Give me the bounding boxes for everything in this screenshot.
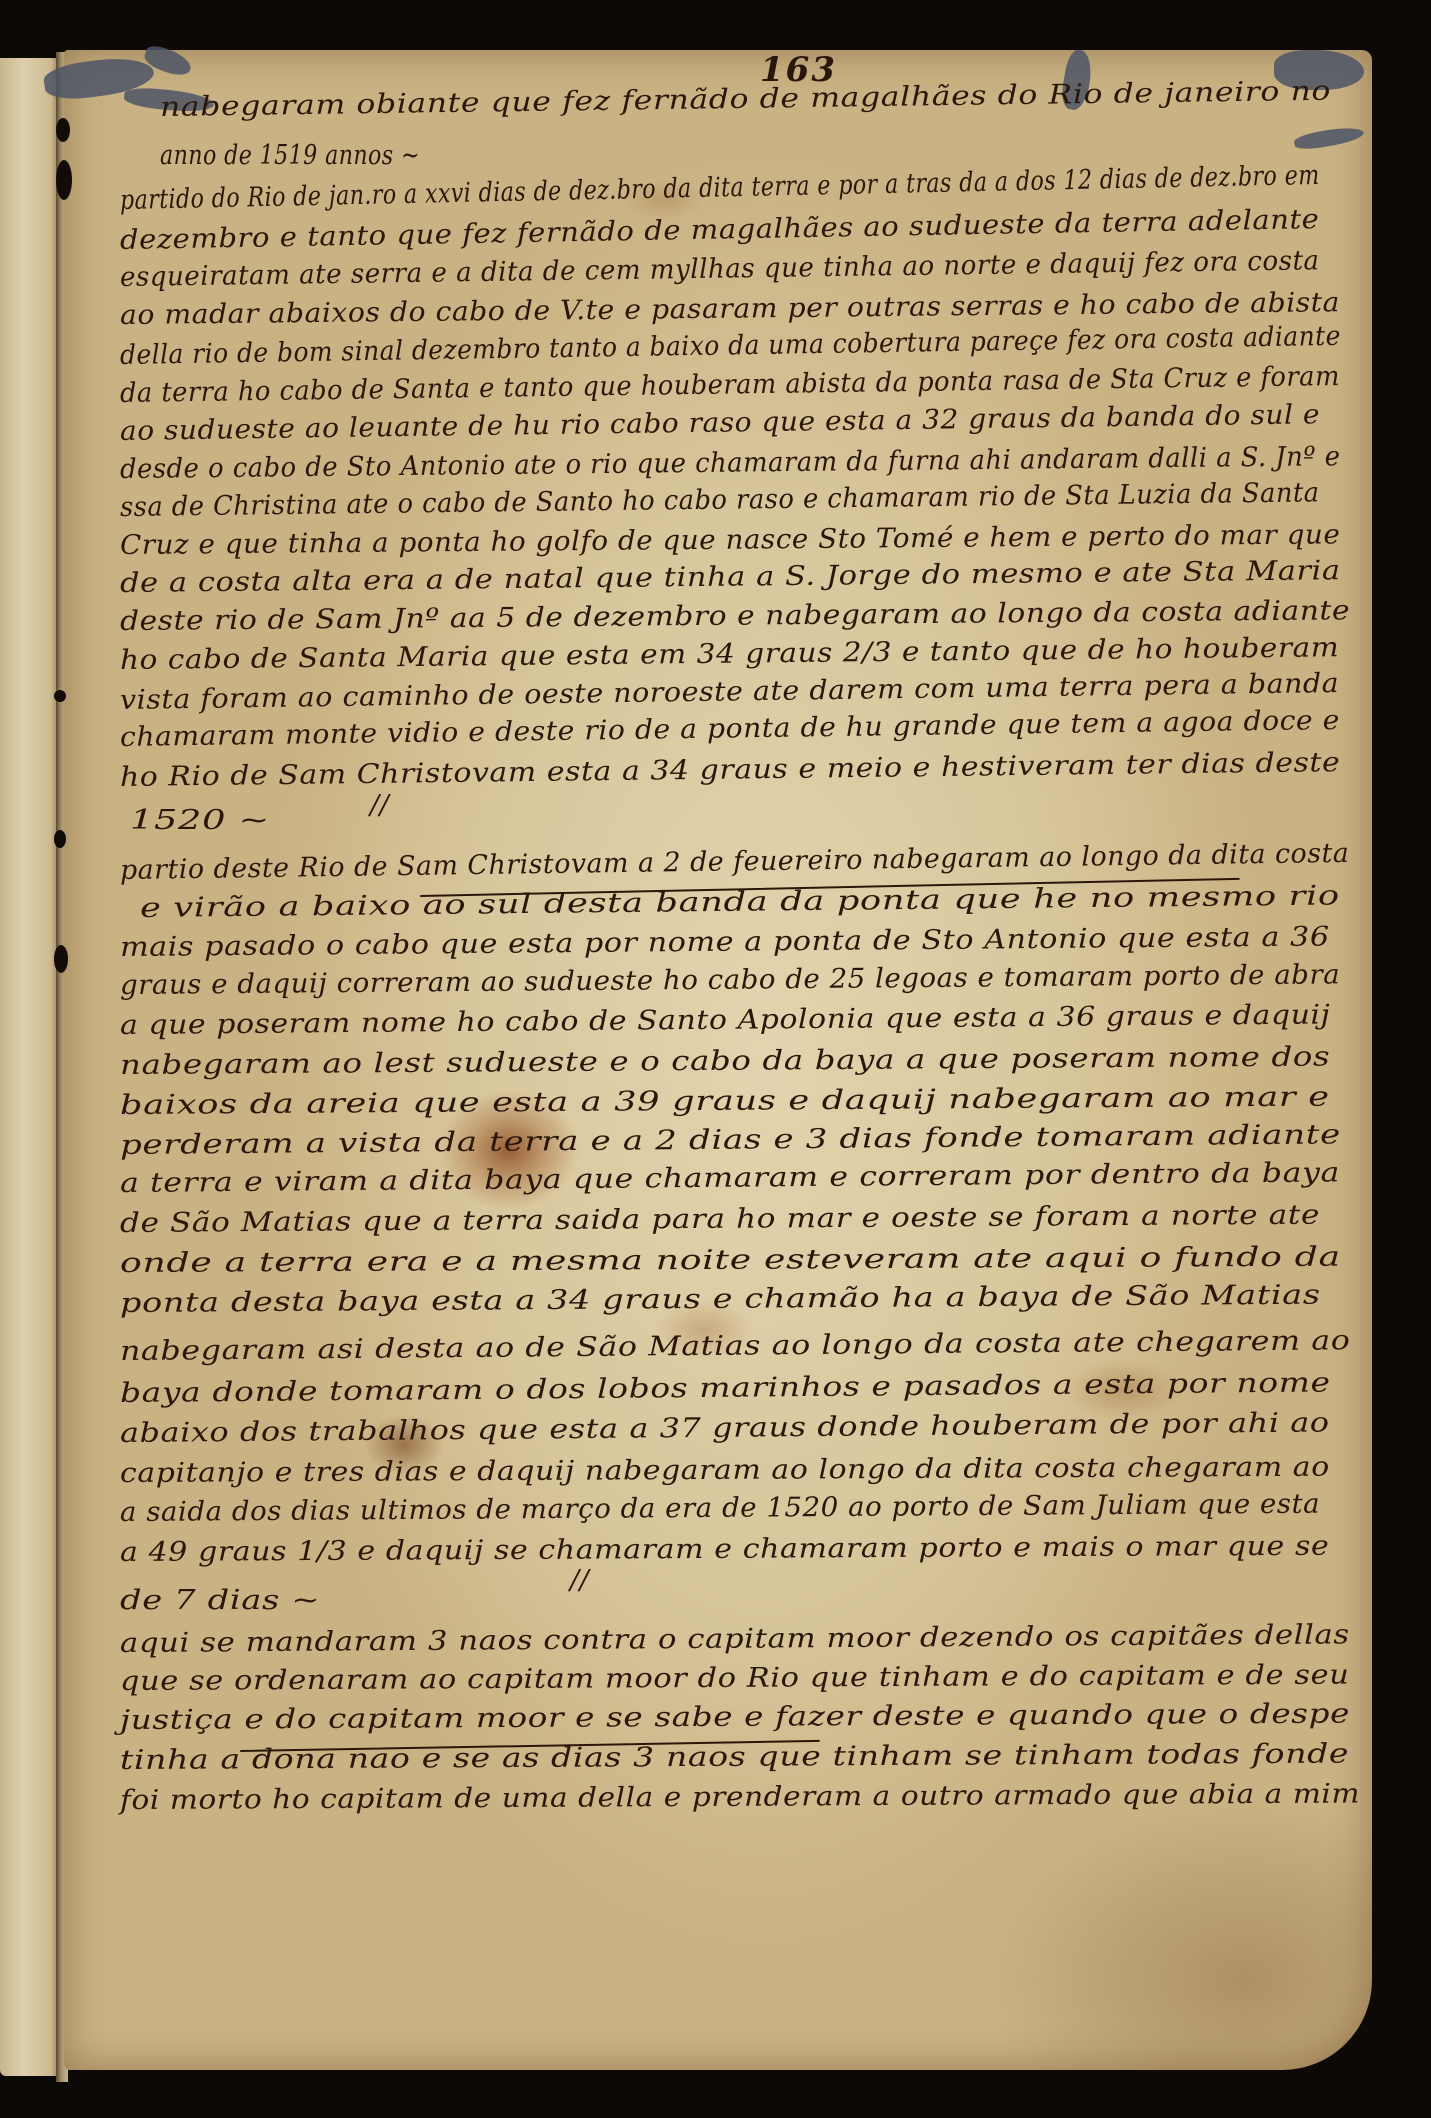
binding-hole <box>56 160 72 200</box>
manuscript-line: capitanjo e tres dias e daquij nabegaram… <box>120 1452 1330 1489</box>
margin-mark: // <box>370 790 389 821</box>
binding-hole <box>54 945 68 973</box>
manuscript-line: 1520 ~ <box>130 805 270 836</box>
manuscript-line: que se ordenaram ao capitam moor do Rio … <box>120 1660 1349 1697</box>
facing-page-edge <box>0 58 60 2076</box>
manuscript-line: onde a terra era e a mesma noite estever… <box>120 1242 1341 1279</box>
manuscript-line: tinha a dona nao e se as dias 3 naos que… <box>120 1739 1349 1776</box>
ink-blot-icon <box>1293 124 1365 152</box>
manuscript-line: justiça e do capitam moor e se sabe e fa… <box>120 1699 1350 1736</box>
manuscript-line: anno de 1519 annos ~ <box>160 140 420 171</box>
margin-mark: // <box>570 1565 589 1596</box>
document-viewer: 163 nabegaram obiante que fez fernãdo de… <box>0 0 1431 2118</box>
manuscript-line: de 7 dias ~ <box>120 1585 320 1616</box>
manuscript-line: a 49 graus 1/3 e daquij se chamaram e ch… <box>120 1531 1329 1568</box>
binding-hole <box>56 118 70 142</box>
binding-hole <box>54 830 66 848</box>
manuscript-line: foi morto ho capitam de uma della e pren… <box>120 1779 1360 1816</box>
binding-hole <box>54 690 66 702</box>
